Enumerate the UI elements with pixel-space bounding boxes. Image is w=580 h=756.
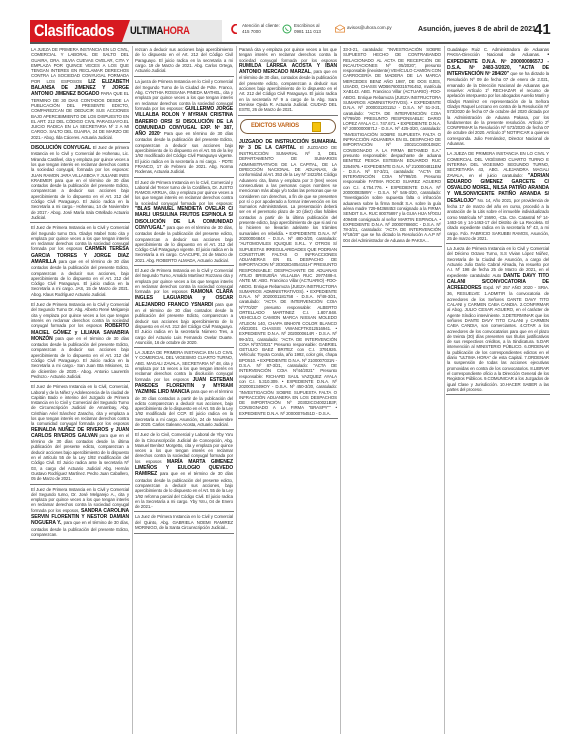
classified-notice: LA JUEZA DE PRIMERA INSTANCIA EN LO CIVI…: [134, 349, 234, 430]
notice-text: La Juez de Primera Instancia en lo Civil…: [135, 514, 233, 530]
notice-text: para que en el término de 30 días contad…: [31, 336, 129, 379]
column-4: 33-3-21, caratulado: "INVESTIGACIÓN SOBR…: [342, 46, 442, 734]
notice-text: 33-3-21, caratulado: "INVESTIGACIÓN SOBR…: [343, 47, 441, 243]
notice-text: para que en el término de 30 días contad…: [31, 259, 129, 297]
classified-notice: Guadalupe Ruiz C. Administradora de Adua…: [446, 46, 550, 149]
column-divider: [340, 46, 341, 734]
classified-notice: El Juez de Primera Instancia en lo Civil…: [30, 301, 130, 382]
column-divider: [444, 46, 445, 734]
classifieds-columns: LA JUEZA DE PRIMERA INSTANCIA EN LO CIVI…: [30, 46, 550, 736]
contact-email: avisos@uhora.com.py: [335, 23, 392, 33]
notice-text: PARA QUE EL TERMINO DE 30 DIAS CONTADOS …: [31, 91, 129, 139]
column-2: rezcan a deducir sus acciones bajo aperc…: [134, 46, 234, 734]
classified-notice: La jueza de Primera Instancia en lo Civi…: [134, 78, 234, 177]
classified-notice: El Juez de Primera Instancia en lo Civil…: [30, 224, 130, 300]
newspaper-page: Clasificados ULTIMAHORA Atención al clie…: [0, 0, 580, 756]
notice-text: Guadalupe Ruiz C. Administradora de Adua…: [447, 47, 549, 57]
classified-notice: LA JUEZA DE PRIMERA INSTANCIA EN LO CIVI…: [446, 150, 550, 244]
notice-text: El JUZGADO DE INSTRUCCIÓN SUMARIAL Nº 3,…: [239, 145, 337, 416]
notice-text: rezcan a deducir sus acciones bajo aperc…: [135, 47, 233, 73]
classified-notice: El Juez de Primera Instancia en lo Civil…: [30, 486, 130, 541]
column-1: LA JUEZA DE PRIMERA INSTANCIA EN LO CIVI…: [30, 46, 130, 734]
phone-icon: [230, 24, 240, 34]
notice-text: , para que en el término de 30 días, con…: [239, 69, 337, 112]
classified-notice: El Juez de Primera Instancia en lo Civil…: [30, 383, 130, 484]
classified-notice: El Juez de lo Civil, Comercial y Laboral…: [134, 431, 234, 512]
notice-text: Paraná cita y emplaza por quince veces a…: [239, 47, 337, 63]
page-header: Clasificados ULTIMAHORA Atención al clie…: [30, 20, 560, 44]
whatsapp-icon: [282, 24, 292, 34]
classified-notice: La Juez de Primera Instancia en lo Civil…: [134, 513, 234, 534]
classified-notice: JUZGADO DE INSTRUCCIÓN SUMARIAL Nº 3 DE …: [238, 138, 338, 419]
notice-highlight: DISOLUCIÓN CONYUGAL: [31, 145, 91, 151]
publication-date: Asunción, jueves 8 de abril de 2021: [418, 26, 536, 33]
notice-text: para que en el término de 30 días, conta…: [135, 225, 233, 263]
notice-text: El Juez de Primera Instancia en lo Civil…: [135, 180, 233, 206]
section-header-edictos-varios: EDICTOS VARIOS: [240, 119, 336, 134]
column-divider: [132, 46, 133, 734]
classified-notice: El Juez de Primera Instancia en lo Civil…: [134, 267, 234, 348]
email-icon: [335, 23, 345, 33]
page-number: 41: [534, 21, 551, 38]
contact-whatsapp: Escribinos al0981 111 013: [282, 23, 321, 34]
column-divider: [236, 46, 237, 734]
notice-text: para que en el término de 30 días contad…: [135, 302, 233, 345]
classified-notice: rezcan a deducir sus acciones bajo aperc…: [134, 46, 234, 77]
section-title: Clasificados: [34, 21, 114, 41]
notice-text: El Juez de primera Instancia en lo Civil…: [31, 145, 129, 220]
column-5: Guadalupe Ruiz C. Administradora de Adua…: [446, 46, 550, 734]
notice-text: para que en el término de 30 días contad…: [135, 389, 233, 427]
classified-notice: LA JUEZA DE PRIMERA INSTANCIA EN LO CIVI…: [30, 46, 130, 143]
notice-text: que se ha dictado la Resolución Nº 09 de…: [447, 71, 549, 146]
classified-notice: Paraná cita y emplaza por quince veces a…: [238, 46, 338, 116]
newspaper-logo: ULTIMAHORA: [130, 25, 190, 37]
contact-phone: Atención al cliente:415 7000: [230, 23, 280, 34]
classified-notice: El Juez de Primera Instancia en lo Civil…: [134, 179, 234, 266]
classified-notice: 33-3-21, caratulado: "INVESTIGACIÓN SOBR…: [342, 46, 442, 247]
notice-text: para que en el término de 30 días contad…: [31, 433, 129, 481]
notice-text: Expd. Nº 257 AÑO 2020 - SRIA. 36, RESUEL…: [447, 285, 549, 392]
document-icon: [312, 122, 321, 132]
notice-text: No. 14, Año 2021, por providencia de fec…: [447, 198, 549, 241]
column-3: Paraná cita y emplaza por quince veces a…: [238, 46, 338, 734]
header-divider: [30, 42, 550, 44]
classified-notice: La Jueza de Primera Instancia en lo Civi…: [446, 245, 550, 395]
notice-text: para que en el término de 30 días contad…: [135, 471, 233, 509]
notice-text: El Juez de Primera Instancia en lo Civil…: [31, 384, 129, 426]
section-label: EDICTOS VARIOS: [251, 123, 299, 129]
classified-notice: DISOLUCIÓN CONYUGAL El Juez de primera I…: [30, 144, 130, 223]
notice-text: " Para que en término de 30 días contado…: [135, 131, 233, 174]
